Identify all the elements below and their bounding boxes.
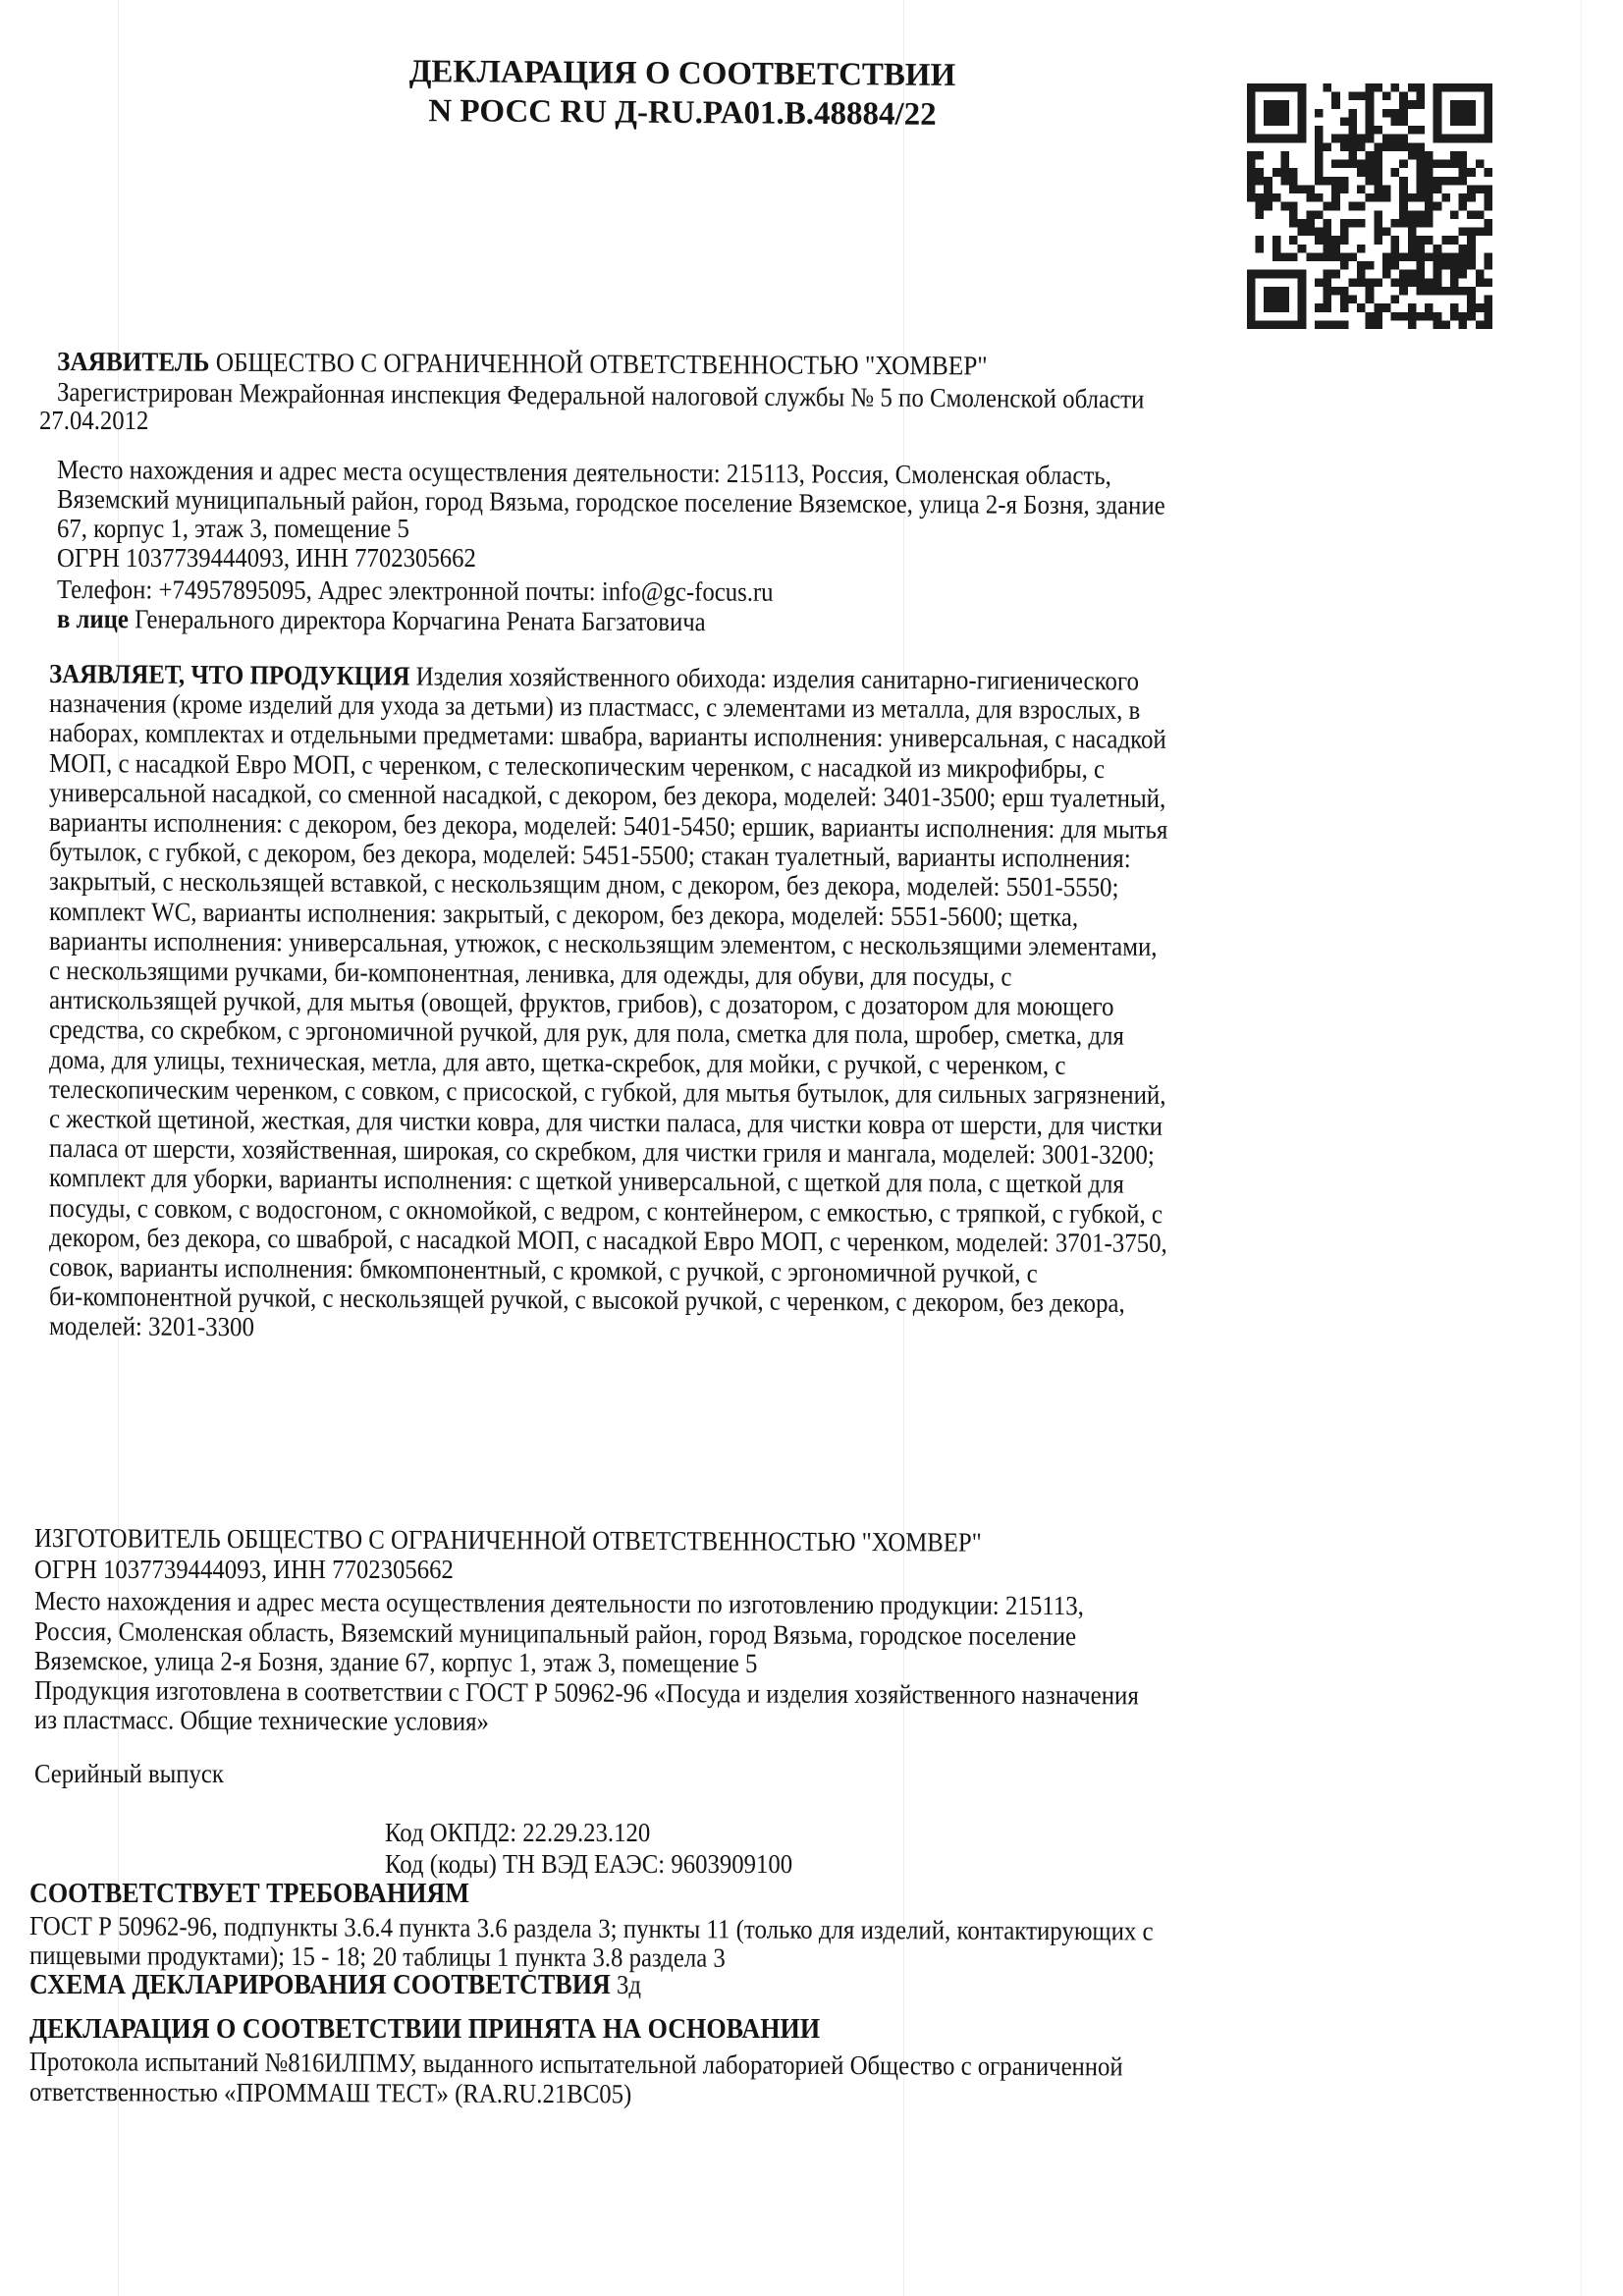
scheme-line: СХЕМА ДЕКЛАРИРОВАНИЯ СООТВЕТСТВИЯ 3д — [29, 1969, 641, 2000]
basis-label: ДЕКЛАРАЦИЯ О СООТВЕТСТВИИ ПРИНЯТА НА ОСН… — [29, 2013, 820, 2045]
applicant-label: ЗАЯВИТЕЛЬ — [57, 346, 210, 377]
scheme-label: СХЕМА ДЕКЛАРИРОВАНИЯ СООТВЕТСТВИЯ — [29, 1969, 611, 2000]
manufacturer-ogrn-inn: ОГРН 1037739444093, ИНН 7702305662 — [34, 1554, 454, 1585]
tn-ved-code: Код (коды) ТН ВЭД ЕАЭС: 9603909100 — [385, 1848, 792, 1880]
basis-text: ответственностью «ПРОММАШ ТЕСТ» (RA.RU.2… — [29, 2076, 631, 2109]
okpd2-code: Код ОКПД2: 22.29.23.120 — [385, 1817, 650, 1848]
qr-code-icon — [1247, 83, 1492, 329]
applicant-registration-date: 27.04.2012 — [39, 405, 148, 436]
declaration-number: N РОСС RU Д-RU.PA01.B.48884/22 — [393, 91, 972, 135]
product-text: моделей: 3201-3300 — [49, 1310, 254, 1341]
representative-name: Генерального директора Корчагина Рената … — [129, 603, 706, 636]
applicant-representative: в лице Генерального директора Корчагина … — [57, 603, 706, 637]
requirements-label: СООТВЕТСТВУЕТ ТРЕБОВАНИЯМ — [29, 1878, 469, 1909]
product-label: ЗАЯВЛЯЕТ, ЧТО ПРОДУКЦИЯ — [49, 658, 410, 690]
applicant-name: ОБЩЕСТВО С ОГРАНИЧЕННОЙ ОТВЕТСТВЕННОСТЬЮ… — [209, 347, 987, 381]
applicant-registration: Зарегистрирован Межрайонная инспекция Фе… — [57, 376, 1145, 414]
manufacturer-standard: из пластмасс. Общие технические условия» — [34, 1704, 489, 1737]
title-line-1: ДЕКЛАРАЦИЯ О СООТВЕТСТВИИ — [393, 52, 972, 95]
scan-artifact-line — [1581, 0, 1582, 2296]
declaration-title: ДЕКЛАРАЦИЯ О СООТВЕТСТВИИ N РОСС RU Д-RU… — [393, 52, 972, 135]
applicant-ogrn-inn: ОГРН 1037739444093, ИНН 7702305662 — [57, 542, 476, 574]
production-type: Серийный выпуск — [34, 1758, 224, 1789]
product-line: моделей: 3201-3300 — [49, 1310, 254, 1342]
applicant-address-line: 67, корпус 1, этаж 3, помещение 5 — [57, 513, 409, 544]
representative-label: в лице — [57, 603, 129, 633]
scheme-value: 3д — [611, 1969, 641, 1999]
